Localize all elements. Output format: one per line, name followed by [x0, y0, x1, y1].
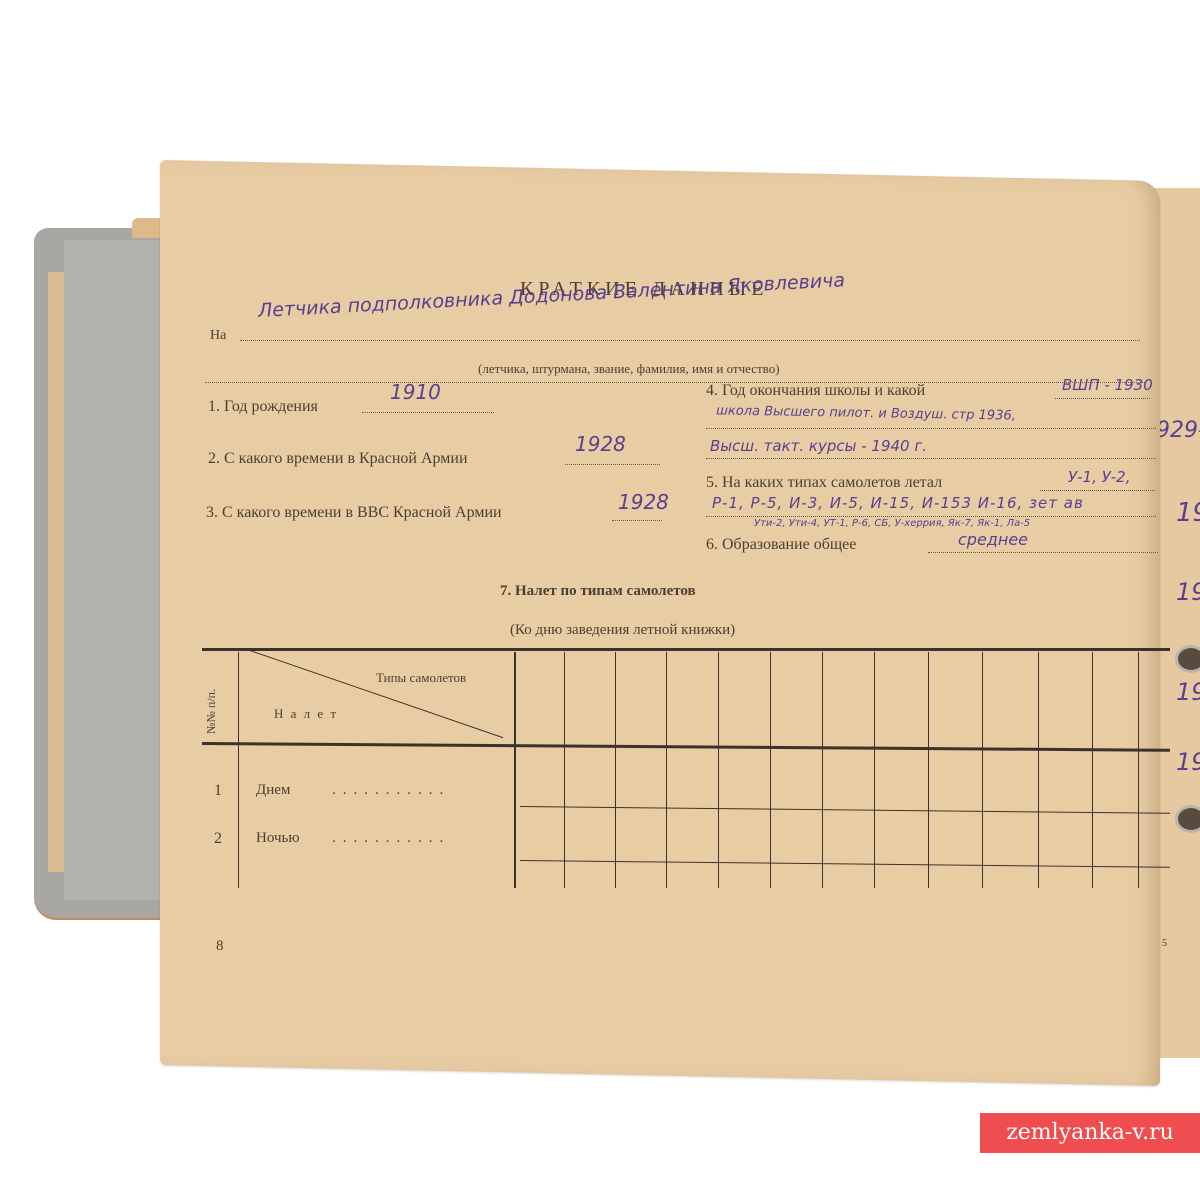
- table-col-divider: [874, 652, 875, 888]
- field-aircraft-types-line-2: [706, 516, 1156, 517]
- page-number-right: 5: [1162, 938, 1167, 949]
- right-page-year-5: 19: [1176, 748, 1200, 776]
- field-aircraft-types-value-1: У-1, У-2,: [1068, 468, 1131, 486]
- table-col-divider: [666, 652, 667, 888]
- field-army-since-line: [565, 464, 660, 465]
- table-col-divider: [1092, 652, 1093, 888]
- table-col-divider: [822, 652, 823, 888]
- table-col-divider: [982, 652, 983, 888]
- table-col-divider: [564, 652, 565, 888]
- field-aircraft-types-value-2: Р-1, Р-5, И-3, И-5, И-15, И-153 И-16, зе…: [712, 494, 1084, 512]
- field-education-value: среднее: [958, 530, 1028, 549]
- field-birth-year-label: 1. Год рождения: [208, 398, 318, 416]
- table-col-divider: [615, 652, 616, 888]
- binding-hole: [1178, 648, 1200, 670]
- table-col-divider: [1038, 652, 1039, 888]
- field-school-line: [1055, 398, 1150, 399]
- diag-header-types: Типы самолетов: [376, 670, 466, 686]
- header-diagonal-line: [250, 650, 504, 738]
- field-airforce-since-value: 1928: [618, 490, 669, 514]
- section7-subtitle: (Ко дню заведения летной книжки): [510, 622, 735, 639]
- field-school-value-3: Высш. такт. курсы - 1940 г.: [710, 437, 927, 455]
- field-school-line-3: [706, 458, 1156, 459]
- right-page-year-3: 193: [1176, 578, 1200, 606]
- right-page-year-4: 19: [1176, 678, 1200, 706]
- table-col-divider: [718, 652, 719, 888]
- table-top-border: [202, 648, 1170, 651]
- section7-title: 7. Налет по типам самолетов: [500, 583, 696, 600]
- field-army-since-value: 1928: [575, 432, 626, 456]
- field-birth-year-value: 1910: [390, 380, 441, 404]
- row-label-night: Ночью: [256, 830, 300, 847]
- na-label: На: [210, 328, 226, 344]
- field-army-since-label: 2. С какого времени в Красной Армии: [208, 450, 468, 468]
- field-birth-year-line: [362, 412, 494, 413]
- field-airforce-since-label: 3. С какого времени в ВВС Красной Армии: [206, 504, 502, 522]
- field-school-value-1: ВШП - 1930: [1062, 376, 1153, 394]
- row-label-day: Днем: [256, 782, 290, 799]
- field-school-line-2: [706, 428, 1156, 429]
- row-dots: ...........: [332, 830, 450, 847]
- row-number: 1: [214, 782, 222, 800]
- table-header-border: [202, 742, 1170, 752]
- na-caption: (летчика, штурмана, звание, фамилия, имя…: [478, 361, 780, 377]
- field-aircraft-types-line: [1040, 490, 1155, 491]
- field-education-label: 6. Образование общее: [706, 536, 856, 554]
- field-airforce-since-line: [612, 520, 662, 521]
- row-number: 2: [214, 830, 222, 848]
- diag-header-hours: Н а л е т: [274, 706, 338, 722]
- table-col-divider: [514, 652, 516, 888]
- col-number-header: №№ п/п.: [204, 689, 219, 734]
- field-aircraft-types-label: 5. На каких типах самолетов летал: [706, 474, 942, 492]
- table-col-divider: [1138, 652, 1139, 888]
- cover-spine-strip: [48, 272, 64, 872]
- separator-line: [205, 382, 1145, 383]
- table-col-divider: [238, 652, 239, 888]
- na-dotted-line: [240, 340, 1140, 341]
- watermark-badge: zemlyanka-v.ru: [980, 1113, 1200, 1153]
- table-row-divider: [520, 860, 1170, 868]
- field-education-line: [928, 552, 1158, 553]
- binding-hole: [1178, 808, 1200, 830]
- field-aircraft-types-value-3: Ути-2, Ути-4, УТ-1, Р-6, СБ, У-херрия, Я…: [754, 518, 1030, 529]
- table-row-divider: [520, 806, 1170, 814]
- right-page-year-2: 193: [1176, 498, 1200, 528]
- table-col-divider: [770, 652, 771, 888]
- table-col-divider: [928, 652, 929, 888]
- field-school-label: 4. Год окончания школы и какой: [706, 382, 925, 400]
- flight-hours-table: №№ п/п. Типы самолетов Н а л е т 1 Днем …: [202, 648, 1170, 892]
- page-number-left: 8: [216, 938, 224, 955]
- row-dots: ...........: [332, 782, 450, 799]
